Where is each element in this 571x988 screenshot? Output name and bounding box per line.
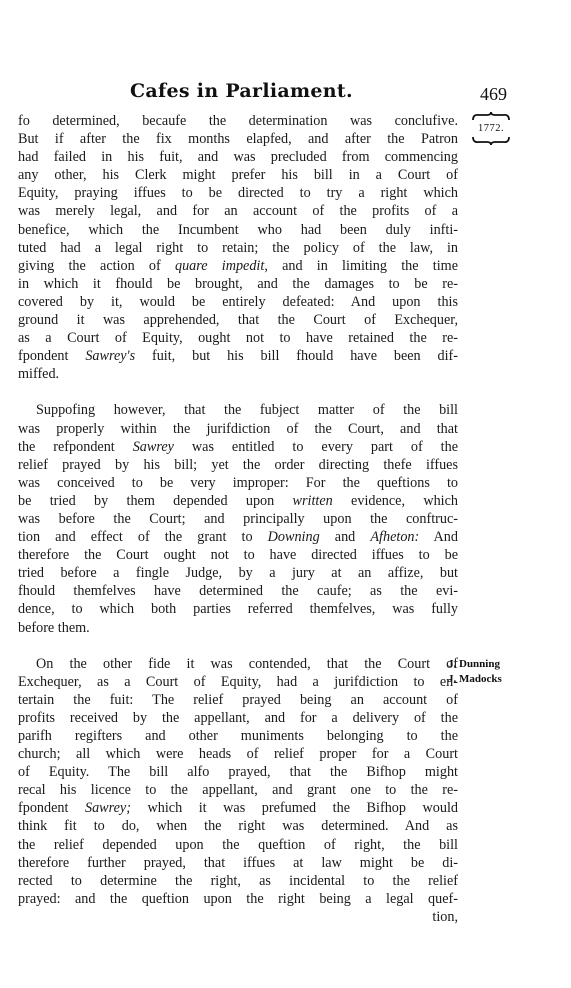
text-line: ground it was apprehended, that the Cour… [18, 311, 458, 329]
text-line: was conceived to be very improper: For t… [18, 474, 458, 492]
italic-term: Sawrey's [85, 348, 135, 364]
text-line: was merely legal, and for an account of … [18, 202, 458, 220]
text-line: recal his licence to the appellant, and … [18, 781, 458, 799]
paragraph-gap [18, 383, 458, 401]
text-line: fo determined, becaufe the determination… [18, 112, 458, 130]
text-line: Equity, praying iffues to be directed to… [18, 184, 458, 202]
paragraph: fo determined, becaufe the determination… [18, 112, 458, 383]
paragraph: On the other fide it was contended, that… [18, 655, 458, 908]
text-line: therefore the Court ought not to have di… [18, 546, 458, 564]
catchword: tion, [18, 908, 458, 926]
page-number: 469 [480, 84, 507, 105]
brace-bottom-icon [466, 136, 516, 146]
text-line: benefice, which the Incumbent who had be… [18, 221, 458, 239]
margin-year-note: 1772. [466, 111, 516, 146]
text-line: fpondent Sawrey's fuit, but his bill fho… [18, 347, 458, 365]
text-line: as a Court of Equity, ought not to have … [18, 329, 458, 347]
italic-term: Afheton: [370, 529, 419, 545]
brace-top-icon [466, 111, 516, 121]
text-line: in which it fhould be brought, and the d… [18, 275, 458, 293]
text-line: prayed: and the queftion upon the right … [18, 890, 458, 908]
text-line: Exchequer, as a Court of Equity, had a j… [18, 673, 458, 691]
text-line: On the other fide it was contended, that… [18, 655, 458, 673]
text-line: the relief depended upon the queftion of… [18, 836, 458, 854]
text-line: covered by it, would be entirely defeate… [18, 293, 458, 311]
text-line: parifh regifters and other muniments bel… [18, 727, 458, 745]
text-line: miffed. [18, 365, 458, 383]
text-line: rected to determine the right, as incide… [18, 872, 458, 890]
running-title: Cafes in Parliament. [130, 80, 353, 102]
body-text: fo determined, becaufe the determination… [18, 112, 458, 926]
text-line: had failed in his fuit, and was preclude… [18, 148, 458, 166]
text-line: church; all which were heads of relief p… [18, 745, 458, 763]
text-line: fpondent Sawrey; which it was prefumed t… [18, 799, 458, 817]
text-line: profits received by the appellant, and f… [18, 709, 458, 727]
text-line: was properly within the jurifdiction of … [18, 420, 458, 438]
text-line: fhould themfelves have determined the ca… [18, 582, 458, 600]
paragraph: Suppofing however, that the fubject matt… [18, 401, 458, 636]
text-line: tertain the fuit: The relief prayed bein… [18, 691, 458, 709]
text-line: But if after the fix months elapfed, and… [18, 130, 458, 148]
text-line: giving the action of quare impedit, and … [18, 257, 458, 275]
text-line: tuted had a legal right to retain; the p… [18, 239, 458, 257]
text-line: before them. [18, 619, 458, 637]
text-line: was before the Court; and principally up… [18, 510, 458, 528]
paragraph-gap [18, 637, 458, 655]
text-line: tried before a fingle Judge, by a jury a… [18, 564, 458, 582]
text-line: Suppofing however, that the fubject matt… [18, 401, 458, 419]
italic-term: quare impedit [175, 258, 264, 274]
text-line: of Equity. The bill alfo prayed, that th… [18, 763, 458, 781]
year-label: 1772. [466, 123, 516, 134]
text-line: think fit to do, when the right was dete… [18, 817, 458, 835]
text-line: the refpondent Sawrey was entitled to ev… [18, 438, 458, 456]
text-line: therefore further prayed, that iffues at… [18, 854, 458, 872]
text-line: dence, to which both parties referred th… [18, 600, 458, 618]
text-line: tion and effect of the grant to Downing … [18, 528, 458, 546]
text-line: relief prayed by his bill; yet the order… [18, 456, 458, 474]
italic-term: Downing [268, 529, 320, 545]
text-line: be tried by them depended upon written e… [18, 492, 458, 510]
italic-term: Sawrey; [85, 800, 131, 816]
text-line: any other, his Clerk might prefer his bi… [18, 166, 458, 184]
italic-term: Sawrey [133, 439, 174, 455]
italic-term: written [293, 493, 333, 509]
